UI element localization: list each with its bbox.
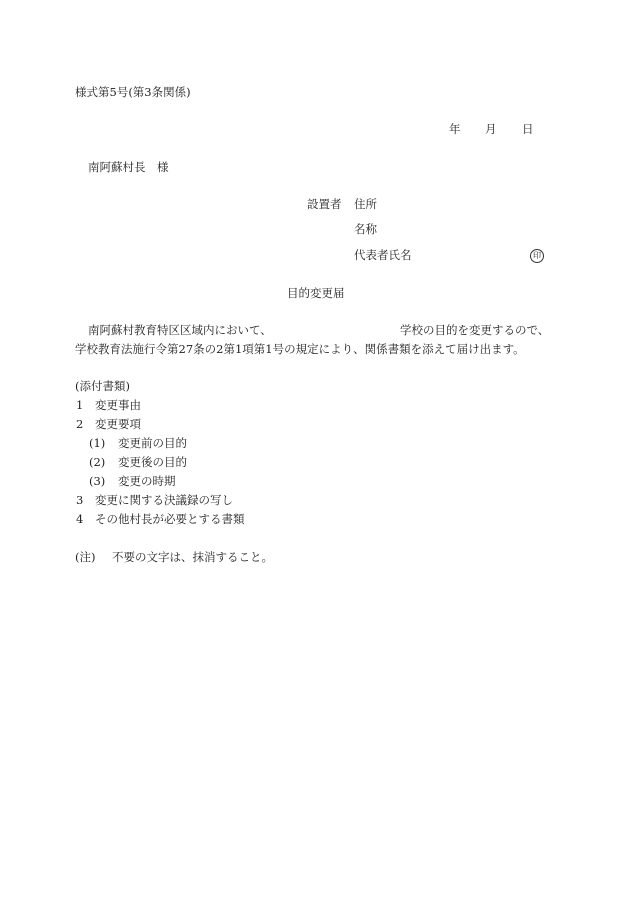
- body-line1-part1: 南阿蘇村教育特区区域内において、: [88, 325, 272, 337]
- seal-mark: 印: [530, 249, 544, 263]
- attachment-2-num: 2: [76, 419, 83, 431]
- attachment-2-1-num: (1): [89, 438, 105, 450]
- name-label: 名称: [354, 224, 377, 236]
- form-number: 様式第5号(第3条関係): [75, 87, 191, 99]
- note-text: 不要の文字は、抹消すること。: [112, 552, 273, 564]
- attachment-4-text: その他村長が必要とする書類: [95, 514, 245, 526]
- document-title: 目的変更届: [287, 288, 345, 300]
- attachment-4-num: 4: [76, 514, 83, 526]
- attachment-3-text: 変更に関する決議録の写し: [95, 495, 233, 507]
- addressee: 南阿蘇村長 様: [88, 162, 169, 174]
- date-month-label: 月: [485, 124, 497, 136]
- address-label: 住所: [354, 199, 377, 211]
- attachment-2-3-text: 変更の時期: [118, 476, 176, 488]
- attachment-3-num: 3: [76, 495, 83, 507]
- body-line2: 学校教育法施行令第27条の2第1項第1号の規定により、関係書類を添えて届け出ます…: [75, 344, 525, 356]
- attachment-1-num: 1: [76, 400, 83, 412]
- representative-label: 代表者氏名: [354, 250, 412, 262]
- attachment-2-1-text: 変更前の目的: [118, 438, 187, 450]
- attachment-2-2-text: 変更後の目的: [118, 457, 187, 469]
- attachment-1-text: 変更事由: [95, 400, 141, 412]
- date-day-label: 日: [522, 124, 534, 136]
- seal-icon: 印: [530, 249, 544, 263]
- attachments-heading: (添付書類): [75, 381, 130, 393]
- applicant-label: 設置者: [307, 199, 342, 211]
- attachment-2-2-num: (2): [89, 457, 105, 469]
- attachment-2-3-num: (3): [89, 476, 105, 488]
- note-label: (注): [75, 552, 95, 564]
- body-line1-part2: 学校の目的を変更するので、: [400, 325, 549, 337]
- date-year-label: 年: [449, 124, 461, 136]
- attachment-2-text: 変更要項: [95, 419, 141, 431]
